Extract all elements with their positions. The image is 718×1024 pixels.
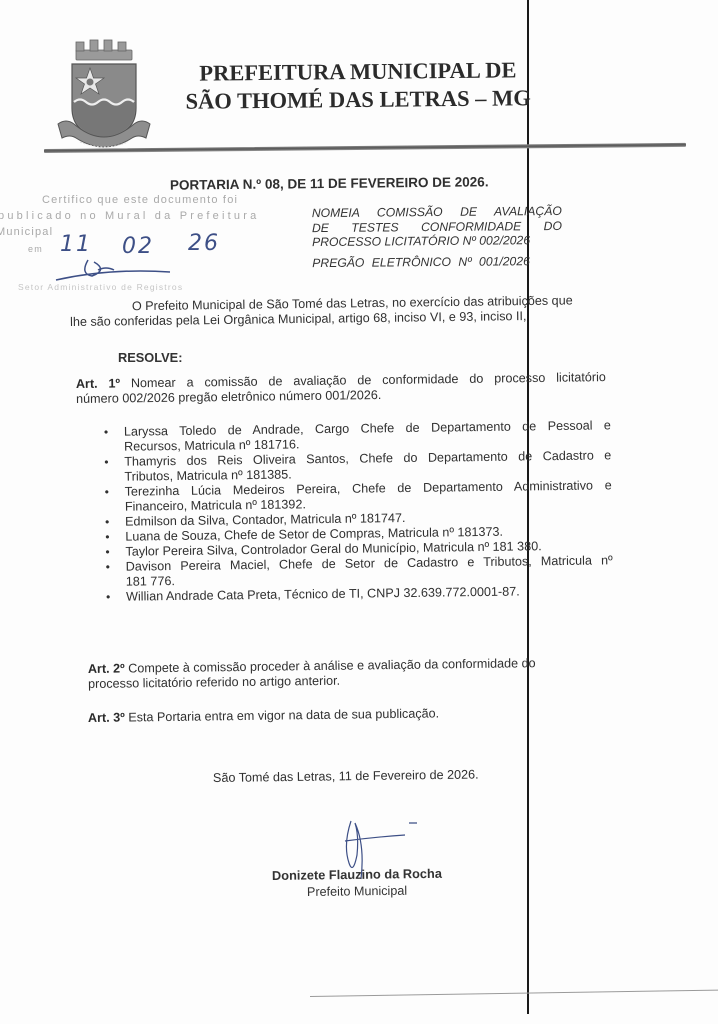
ementa-block: NOMEIA COMISSÃO DE AVALIAÇÃO DE TESTES C…: [312, 204, 563, 270]
bullet-icon: •: [106, 590, 110, 605]
stamp-footer: Setor Administrativo de Registros: [18, 282, 183, 292]
header-title-line-1: PREFEITURA MUNICIPAL DE: [178, 56, 538, 88]
signer-role: Prefeito Municipal: [307, 884, 407, 899]
place-and-date: São Tomé das Letras, 11 de Fevereiro de …: [213, 768, 479, 786]
preamble-paragraph: O Prefeito Municipal de São Tomé das Let…: [70, 294, 540, 330]
scan-artifact-bottom-line: [310, 989, 718, 997]
publication-stamp: Certifico que este documento foi publica…: [0, 190, 260, 300]
stamp-line-2: publicado no Mural da Prefeitura: [0, 210, 259, 222]
ementa-line-3: PROCESSO LICITATÓRIO Nº 002/2026: [312, 233, 562, 250]
stamp-line-3: Municipal: [0, 226, 53, 238]
bullet-icon: •: [104, 455, 108, 470]
stamp-date-day: 11: [60, 232, 92, 257]
bullet-icon: •: [105, 530, 109, 545]
article-2-label: Art. 2º: [88, 662, 125, 676]
article-2: Art. 2º Compete à comissão proceder à an…: [88, 656, 558, 692]
article-3: Art. 3º Esta Portaria entra em vigor na …: [88, 706, 439, 726]
bullet-icon: •: [105, 485, 109, 500]
municipal-coat-of-arms-icon: [52, 38, 156, 152]
bullet-icon: •: [106, 560, 110, 575]
signer-name: Donizete Flauzino da Rocha: [272, 866, 442, 883]
bullet-icon: •: [105, 515, 109, 530]
stamp-initials-signature: [50, 256, 230, 282]
resolve-heading: RESOLVE:: [118, 350, 182, 365]
article-3-text: Esta Portaria entra em vigor na data de …: [128, 706, 439, 724]
stamp-date-label: em: [28, 244, 43, 254]
page-header-title: PREFEITURA MUNICIPAL DE SÃO THOMÉ DAS LE…: [178, 56, 539, 116]
ementa-line-1: NOMEIA COMISSÃO DE AVALIAÇÃO: [312, 204, 562, 221]
header-title-line-2: SÃO THOMÉ DAS LETRAS – MG: [178, 84, 538, 116]
committee-members-list: •Laryssa Toledo de Andrade, Cargo Chefe …: [99, 418, 613, 605]
article-3-label: Art. 3º: [88, 711, 125, 725]
article-1-label: Art. 1º: [76, 376, 120, 391]
bullet-icon: •: [104, 425, 108, 440]
stamp-date-year: 26: [188, 231, 220, 256]
ementa-line-4: PREGÃO ELETRÔNICO Nº 001/2026: [312, 253, 562, 270]
stamp-line-1: Certifico que este documento foi: [42, 194, 238, 206]
bullet-icon: •: [105, 545, 109, 560]
